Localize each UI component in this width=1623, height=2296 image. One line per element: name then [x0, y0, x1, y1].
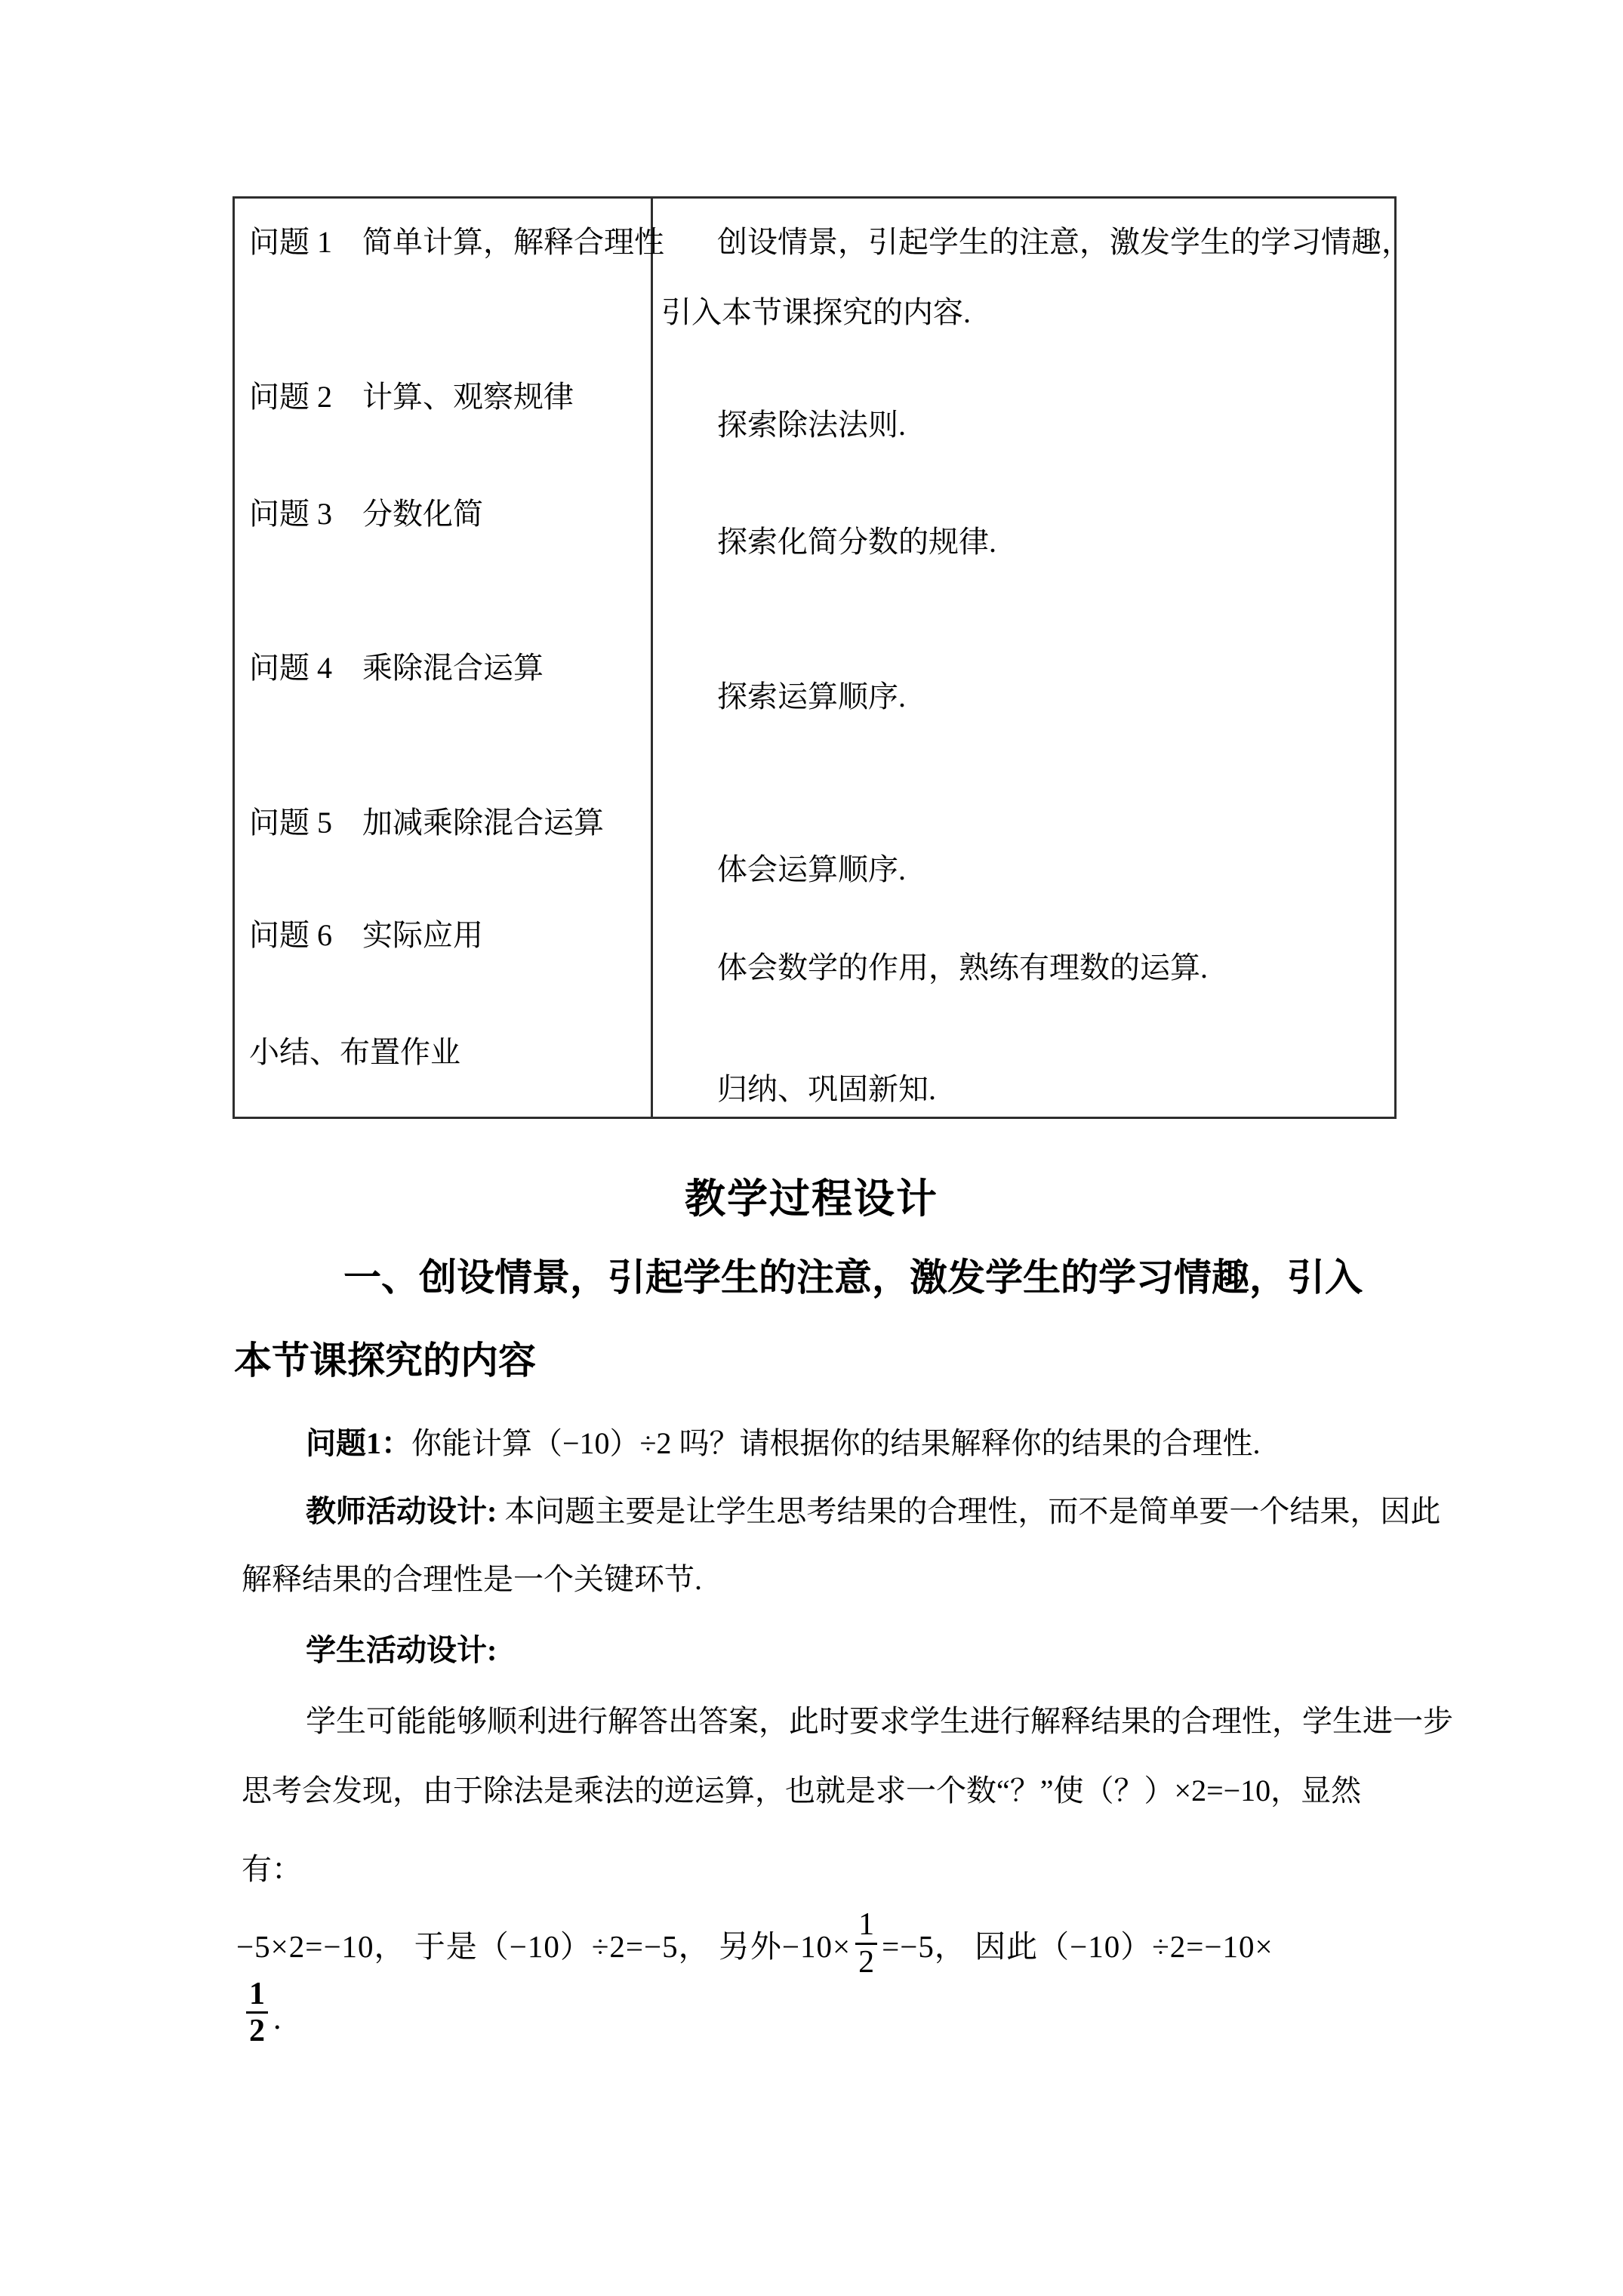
table-left-row-6: 问题 6 实际应用: [249, 917, 483, 954]
teacher-activity-text: 本问题主要是让学生思考结果的合理性，而不是简单要一个结果，因此: [497, 1494, 1440, 1528]
table-right-row-7: 归纳、巩固新知.: [717, 1071, 936, 1108]
lesson-plan-table: 问题 1 简单计算，解释合理性 问题 2 计算、观察规律 问题 3 分数化简 问…: [233, 196, 1397, 1119]
inline-fraction-one-half: 1 2: [855, 1907, 877, 1979]
final-fraction-one-half: 1 2: [246, 1977, 268, 2048]
teacher-activity-line-2: 解释结果的合理性是一个关键环节.: [242, 1561, 702, 1598]
table-left-row-5: 问题 5 加减乘除混合运算: [249, 805, 604, 841]
table-left-row-4: 问题 4 乘除混合运算: [249, 650, 544, 686]
problem1-paragraph: 问题1：你能计算（−10）÷2 吗？请根据你的结果解释你的结果的合理性.: [306, 1425, 1261, 1462]
final-fraction-numerator: 1: [246, 1977, 268, 2014]
table-right-row-5: 体会运算顺序.: [717, 852, 906, 888]
fraction-denominator: 2: [855, 1945, 877, 1980]
final-fraction-period: .: [273, 2001, 282, 2037]
table-right-row-1-line-2: 引入本节课探究的内容.: [661, 294, 971, 331]
section-heading-line-2: 本节课探究的内容: [234, 1338, 536, 1383]
teacher-activity-label: 教师活动设计:: [306, 1494, 497, 1528]
page-title: 教学过程设计: [0, 1166, 1623, 1225]
table-right-row-2: 探索除法法则.: [717, 407, 906, 443]
equation-line: −5×2=−10， 于是（−10）÷2=−5， 另外−10× 1 2 =−5， …: [236, 1897, 1273, 1990]
fraction-numerator: 1: [855, 1907, 877, 1944]
equation-segment-2: =−5， 因此（−10）÷2=−10×: [882, 1922, 1273, 1966]
table-left-row-7: 小结、布置作业: [249, 1034, 460, 1071]
problem1-text: 你能计算（−10）÷2 吗？请根据你的结果解释你的结果的合理性.: [411, 1426, 1261, 1460]
table-right-row-3: 探索化简分数的规律.: [717, 524, 996, 560]
document-page: 问题 1 简单计算，解释合理性 问题 2 计算、观察规律 问题 3 分数化简 问…: [0, 0, 1623, 2296]
student-activity-line-2: 思考会发现，由于除法是乘法的逆运算，也就是求一个数“？”使（？）×2=−10，显…: [242, 1773, 1361, 1809]
equation-segment-1: −5×2=−10， 于是（−10）÷2=−5， 另外−10×: [236, 1922, 851, 1966]
table-right-row-1-line-1: 创设情景，引起学生的注意，激发学生的学习情趣，: [717, 224, 1412, 260]
student-activity-label: 学生活动设计:: [306, 1632, 497, 1669]
final-fraction-denominator: 2: [246, 2014, 268, 2048]
table-right-row-6: 体会数学的作用，熟练有理数的运算.: [717, 950, 1208, 986]
section-heading-line-1: 一、创设情景，引起学生的注意，激发学生的学习情趣，引入: [343, 1255, 1363, 1300]
table-left-row-3: 问题 3 分数化简: [249, 496, 483, 532]
problem1-label: 问题1：: [306, 1426, 411, 1460]
student-activity-line-3: 有：: [242, 1851, 302, 1888]
student-activity-line-1: 学生可能能够顺利进行解答出答案，此时要求学生进行解释结果的合理性，学生进一步: [306, 1703, 1453, 1740]
table-column-divider: [651, 199, 653, 1117]
teacher-activity-line-1: 教师活动设计: 本问题主要是让学生思考结果的合理性，而不是简单要一个结果，因此: [306, 1493, 1440, 1530]
table-right-row-4: 探索运算顺序.: [717, 679, 906, 715]
table-left-row-1: 问题 1 简单计算，解释合理性: [249, 224, 664, 260]
table-left-row-2: 问题 2 计算、观察规律: [249, 379, 574, 415]
